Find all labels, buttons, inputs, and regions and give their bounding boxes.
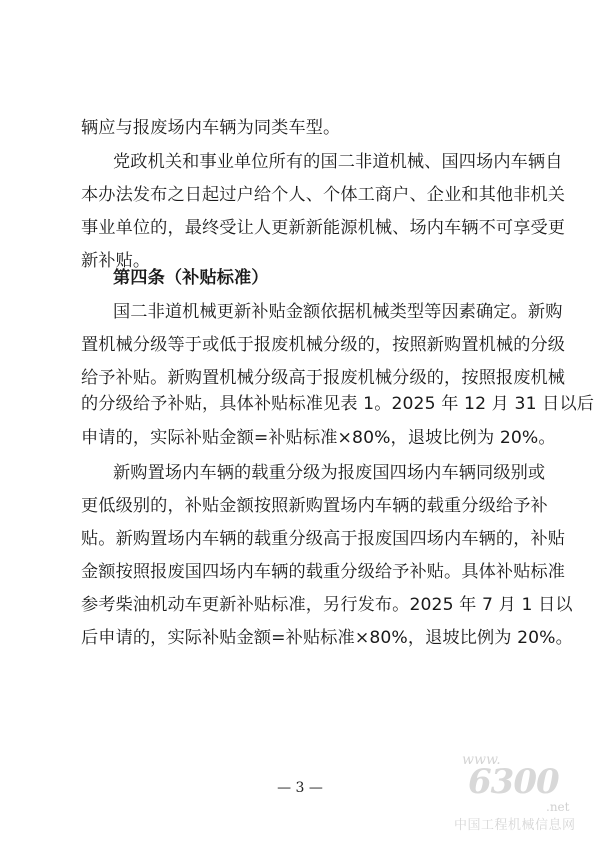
paragraph-line: 金额按照报废国四场内车辆的载重分级给予补贴。具体补贴标准 (81, 562, 521, 582)
paragraph-line: 本办法发布之日起过户给个人、个体工商户、企业和其他非机关 (81, 185, 521, 205)
watermark-number: 6300 (468, 762, 559, 802)
document-page: 辆应与报废场内车辆为同类车型。党政机关和事业单位所有的国二非道机械、国四场内车辆… (0, 0, 600, 848)
paragraph-line: 更低级别的，补贴金额按照新购置场内车辆的载重分级给予补 (81, 496, 521, 516)
paragraph-line: 后申请的，实际补贴金额=补贴标准×80%，退坡比例为 20%。 (81, 628, 521, 648)
paragraph-line: 新购置场内车辆的载重分级为报废国四场内车辆同级别或 (113, 463, 553, 483)
paragraph-line: 置机械分级等于或低于报废机械分级的，按照新购置机械的分级 (81, 335, 521, 355)
paragraph-line: 贴。新购置场内车辆的载重分级高于报废国四场内车辆的，补贴 (81, 529, 521, 549)
paragraph-line: 党政机关和事业单位所有的国二非道机械、国四场内车辆自 (113, 152, 553, 172)
paragraph-line: 给予补贴。新购置机械分级高于报废机械分级的，按照报废机械 (81, 368, 521, 388)
paragraph-line: 事业单位的，最终受让人更新新能源机械、场内车辆不可享受更 (81, 218, 521, 238)
paragraph-line: 国二非道机械更新补贴金额依据机械类型等因素确定。新购 (113, 302, 553, 322)
section-heading: 第四条（补贴标准） (113, 268, 553, 288)
watermark-logo: www. 6300 .net 中国工程机械信息网 (448, 748, 598, 838)
paragraph-line: 申请的，实际补贴金额=补贴标准×80%，退坡比例为 20%。 (81, 428, 521, 448)
paragraph-line: 辆应与报废场内车辆为同类车型。 (81, 118, 521, 138)
paragraph-line: 参考柴油机动车更新补贴标准，另行发布。2025 年 7 月 1 日以 (81, 595, 521, 615)
watermark-net: .net (546, 800, 569, 814)
paragraph-line: 的分级给予补贴，具体补贴标准见表 1。2025 年 12 月 31 日以后 (81, 394, 521, 414)
watermark-site-name: 中国工程机械信息网 (454, 814, 576, 833)
